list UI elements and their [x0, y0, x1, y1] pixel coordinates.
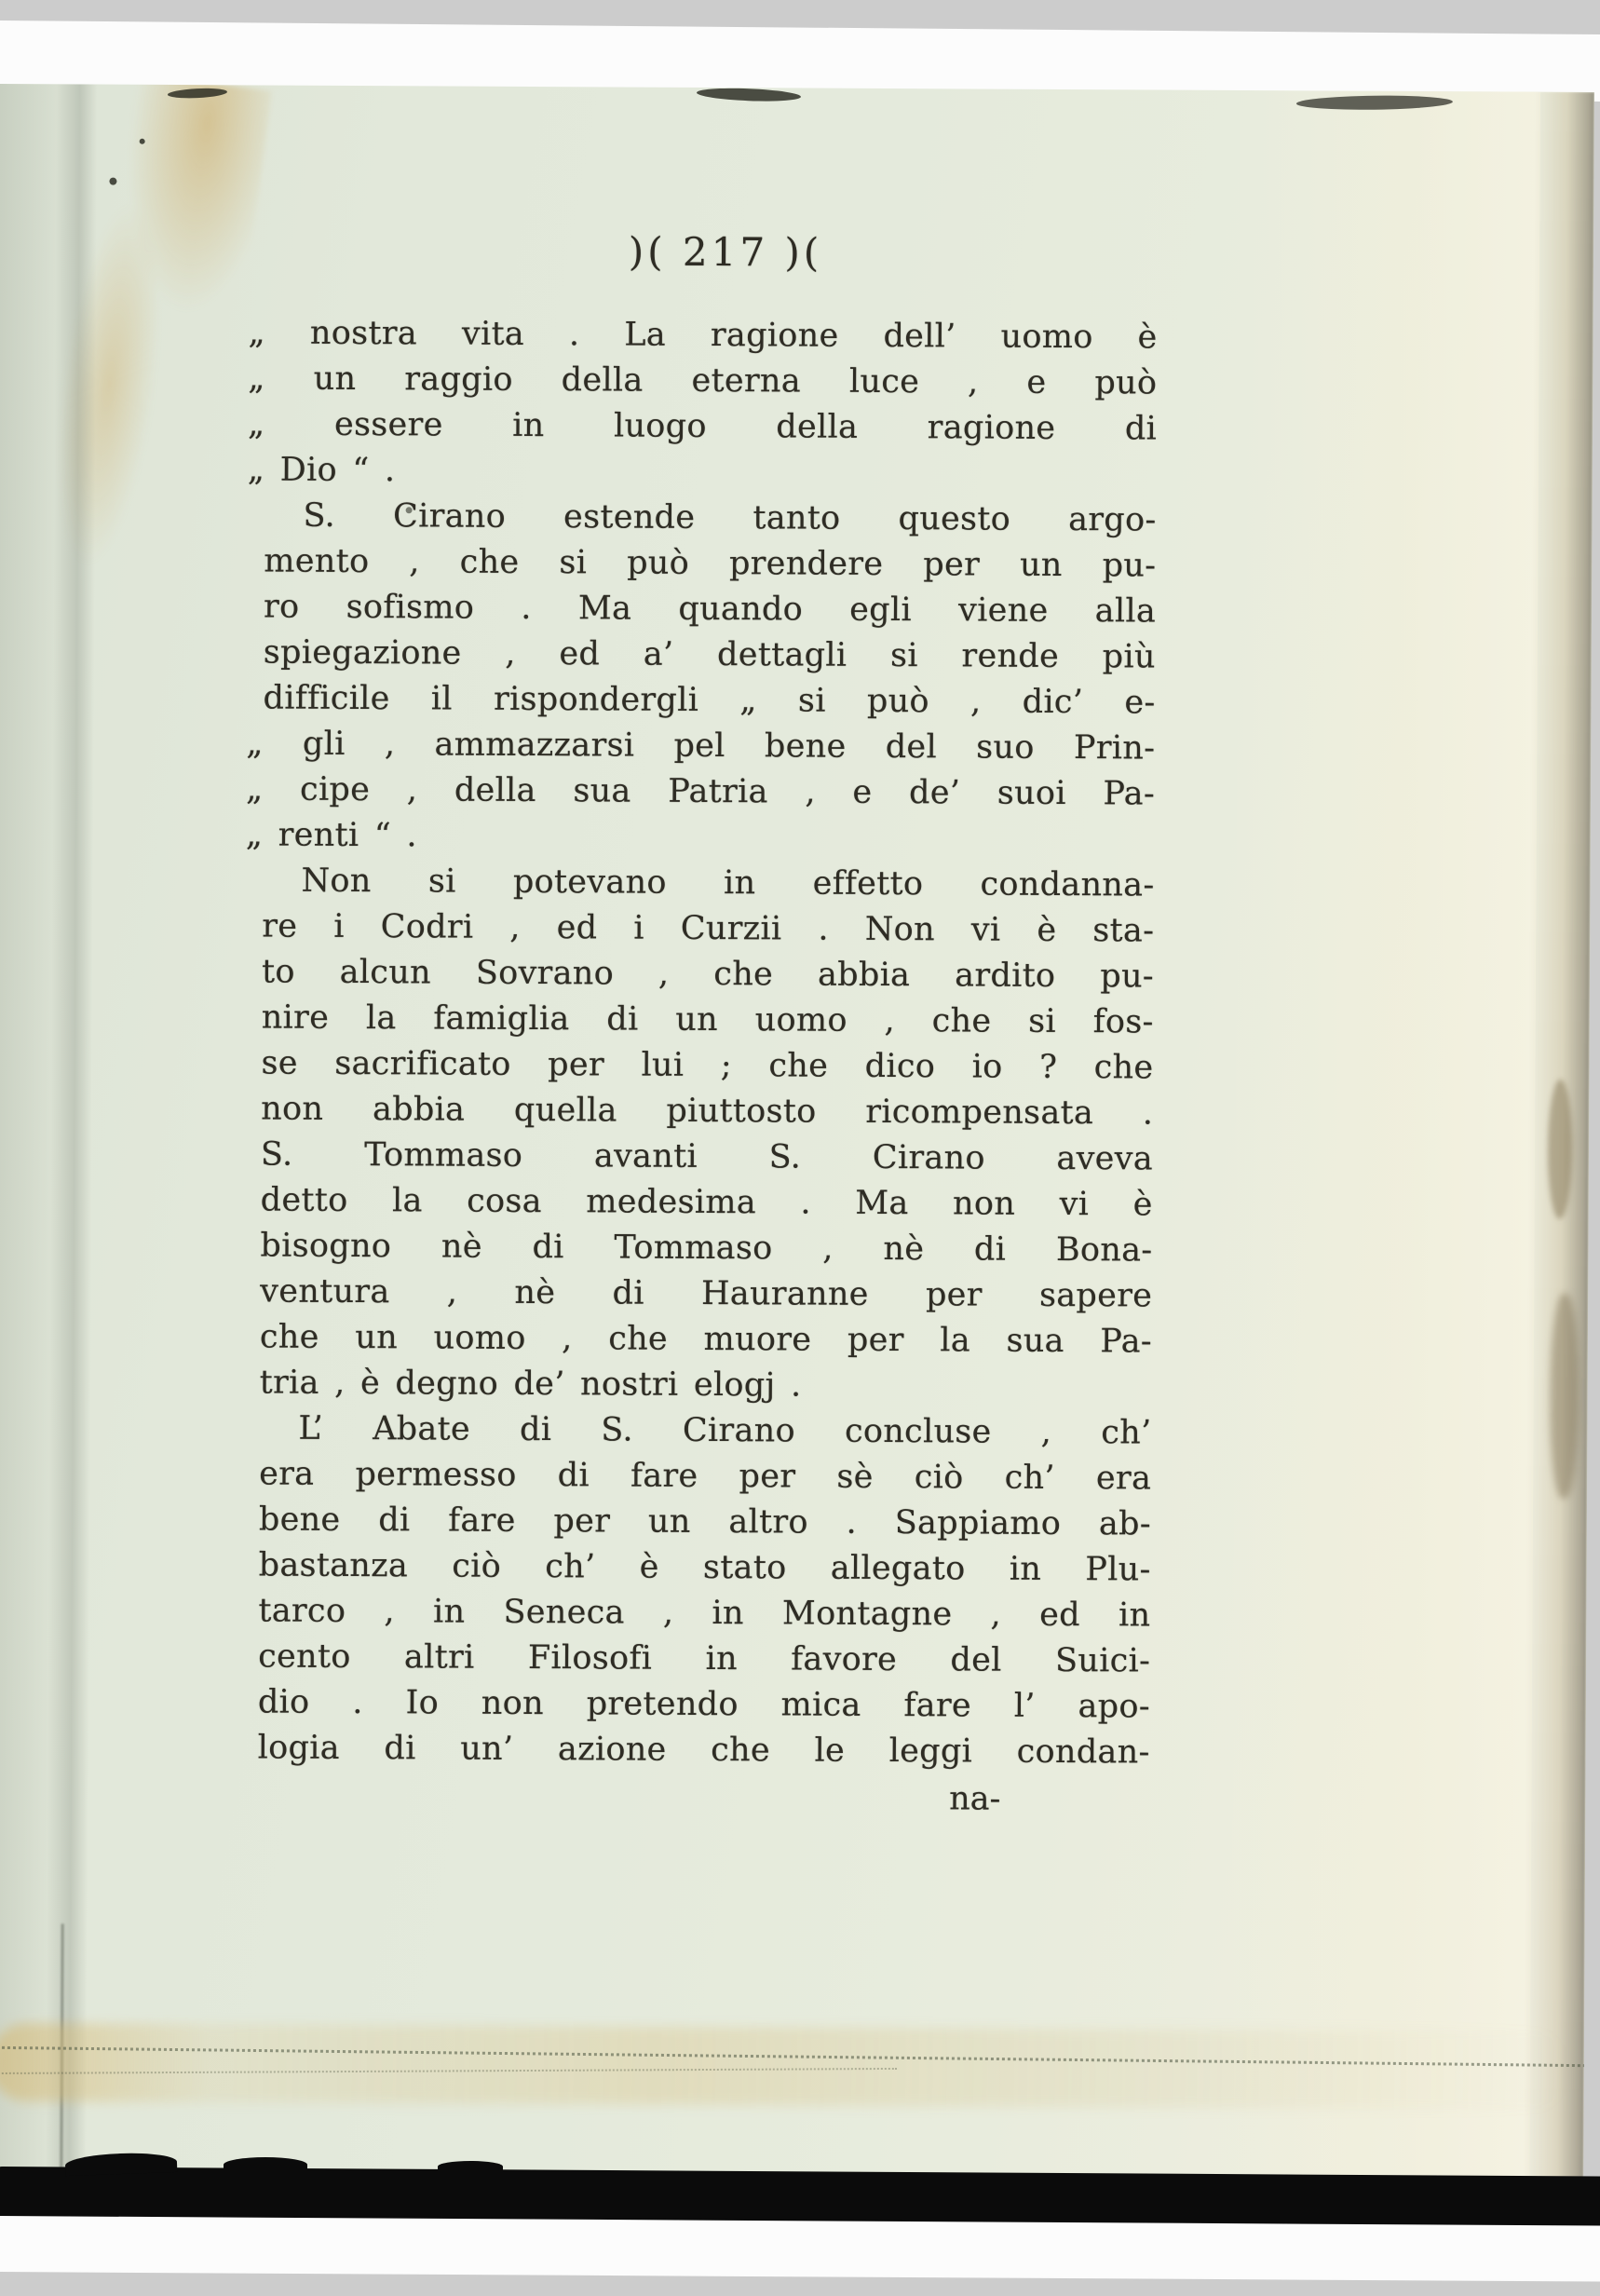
text-line: L’ Abate di S. Cirano concluse , ch’ — [259, 1406, 1151, 1456]
text-line: nire la famiglia di un uomo , che si fos… — [262, 995, 1154, 1045]
text-line: bisogno nè di Tommaso , nè di Bona- — [260, 1223, 1152, 1273]
book-page: )( 217 )( „ nostra vita . La ragione del… — [0, 84, 1594, 2186]
right-edge-highlight — [1222, 90, 1540, 2186]
text-line: „ essere in luogo della ragione di — [248, 401, 1157, 452]
scan-canvas: )( 217 )( „ nostra vita . La ragione del… — [0, 0, 1600, 2296]
text-line: ventura , nè di Hauranne per sapere — [260, 1269, 1152, 1319]
text-line: „ cipe , della sua Patria , e de’ suoi P… — [246, 767, 1155, 817]
text-line: „ renti “ . — [246, 812, 1155, 863]
text-line: non abbia quella piuttosto ricompensata … — [261, 1086, 1153, 1136]
text-line: „ gli , ammazzarsi pel bene del suo Prin… — [246, 721, 1155, 771]
scanner-bottom-white-strip — [0, 2216, 1600, 2282]
ink-speck — [697, 87, 801, 102]
text-line: Non si potevano in effetto condanna- — [262, 858, 1154, 908]
text-line: „ un raggio della eterna luce , e può — [248, 356, 1157, 406]
text-line: to alcun Sovrano , che abbia ardito pu- — [262, 949, 1154, 999]
text-line: difficile il rispondergli „ si può , dic… — [263, 675, 1155, 726]
text-line: bastanza ciò ch’ è stato allegato in Plu… — [259, 1542, 1151, 1593]
text-line: che un uomo , che muore per la sua Pa- — [260, 1314, 1152, 1365]
text-line: dio . Io non pretendo mica fare l’ apo- — [258, 1679, 1150, 1730]
text-line: logia di un’ azione che le leggi condan- — [258, 1725, 1150, 1775]
torn-edge-stain — [1550, 1294, 1579, 1499]
text-line: spiegazione , ed a’ dettagli si rende pi… — [264, 630, 1156, 680]
text-line: cento altri Filosofi in favore del Suici… — [258, 1634, 1150, 1684]
catchword: na- — [257, 1773, 1149, 1823]
text-block: „ nostra vita . La ragione dell’ uomo è„… — [258, 310, 1158, 1775]
text-line: se sacrificato per lui ; che dico io ? c… — [261, 1040, 1153, 1091]
text-line: „ Dio “ . — [248, 447, 1157, 497]
bottom-black-band — [438, 2161, 503, 2172]
text-line: S. Tommaso avanti S. Cirano aveva — [261, 1132, 1153, 1182]
text-line: S. Cirano estende tanto questo argo- — [264, 493, 1156, 543]
text-line: re i Codri , ed i Curzii . Non vi è sta- — [262, 903, 1154, 954]
page-number-header: )( 217 )( — [521, 228, 930, 276]
gutter-shadow — [0, 84, 102, 2179]
text-line: era permesso di fare per sè ciò ch’ era — [259, 1451, 1151, 1501]
text-line: tria , è degno de’ nostri elogj . — [260, 1360, 1152, 1410]
text-line: bene di fare per un altro . Sappiamo ab- — [259, 1497, 1151, 1547]
bottom-black-band — [224, 2157, 307, 2172]
ink-speck — [140, 139, 145, 144]
text-line: mento , che si può prendere per un pu- — [264, 538, 1156, 589]
text-line: tarco , in Seneca , in Montagne , ed in — [258, 1588, 1150, 1638]
text-line: „ nostra vita . La ragione dell’ uomo è — [248, 310, 1157, 360]
text-line: ro sofismo . Ma quando egli viene alla — [264, 584, 1156, 634]
text-line: detto la cosa medesima . Ma non vi è — [261, 1177, 1153, 1228]
ink-speck — [109, 178, 116, 185]
fold-crease-stain — [0, 2023, 1573, 2110]
